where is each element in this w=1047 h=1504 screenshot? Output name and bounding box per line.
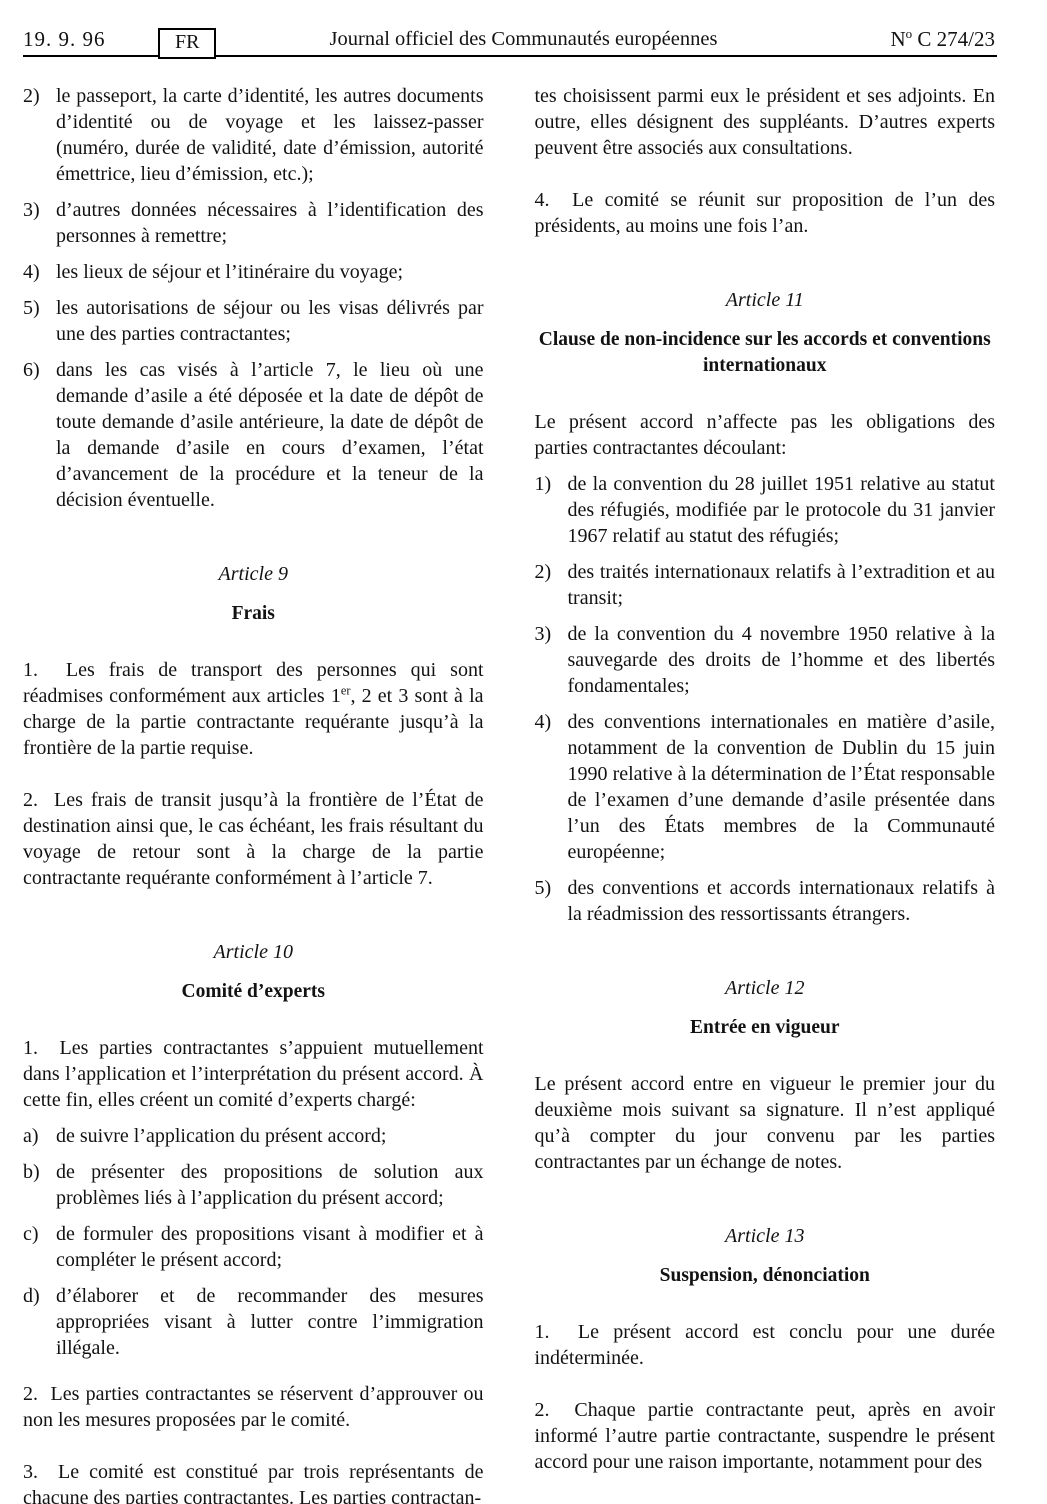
article-heading: Article 9: [23, 561, 484, 587]
list-item: 6) dans les cas visés à l’article 7, le …: [23, 357, 484, 513]
language-badge: FR: [158, 28, 216, 59]
list-text: les lieux de séjour et l’itinéraire du v…: [56, 259, 484, 285]
list-item: d) d’élaborer et de recommander des mesu…: [23, 1283, 484, 1361]
list-item: 4) des conventions internationales en ma…: [535, 709, 996, 865]
list-text: de présenter des propositions de solutio…: [56, 1159, 484, 1211]
paragraph: 2. Les parties contractantes se réserven…: [23, 1381, 484, 1433]
list-marker: 4): [535, 709, 568, 865]
paragraph: 1. Les frais de transport des personnes …: [23, 657, 484, 761]
paragraph: tes choisissent parmi eux le président e…: [535, 83, 996, 161]
list-marker: 6): [23, 357, 56, 513]
page-number-prefix: N: [890, 27, 905, 51]
list-item: b) de présenter des propositions de solu…: [23, 1159, 484, 1211]
article-heading: Article 12: [535, 975, 996, 1001]
paragraph: 1. Le présent accord est conclu pour une…: [535, 1319, 996, 1371]
right-column: tes choisissent parmi eux le président e…: [535, 83, 996, 1504]
paragraph: 4. Le comité se réunit sur proposition d…: [535, 187, 996, 239]
journal-page: 19. 9. 96 FR Journal officiel des Commun…: [0, 0, 1047, 1504]
list-item: 5) des conventions et accords internatio…: [535, 875, 996, 927]
article-heading: Article 13: [535, 1223, 996, 1249]
list-marker: 4): [23, 259, 56, 285]
list-marker: 3): [23, 197, 56, 249]
list-item: 3) d’autres données nécessaires à l’iden…: [23, 197, 484, 249]
section-title: Entrée en vigueur: [535, 1015, 996, 1041]
section-title: Comité d’experts: [23, 979, 484, 1005]
page-content: 2) le passeport, la carte d’identité, le…: [23, 83, 995, 1504]
list-text: des conventions et accords internationau…: [568, 875, 996, 927]
list-text: les autorisations de séjour ou les visas…: [56, 295, 484, 347]
paragraph: 2. Les frais de transit jusqu’à la front…: [23, 787, 484, 891]
list-item: 1) de la convention du 28 juillet 1951 r…: [535, 471, 996, 549]
section-title: Frais: [23, 601, 484, 627]
list-text: de la convention du 4 novembre 1950 rela…: [568, 621, 996, 699]
paragraph: Le présent accord entre en vigueur le pr…: [535, 1071, 996, 1175]
section-title: Clause de non-incidence sur les accords …: [535, 327, 996, 379]
list-marker: d): [23, 1283, 56, 1361]
list-item: 2) des traités internationaux relatifs à…: [535, 559, 996, 611]
list-text: de la convention du 28 juillet 1951 rela…: [568, 471, 996, 549]
list-text: de suivre l’application du présent accor…: [56, 1123, 484, 1149]
paragraph: 3. Le comité est constitué par trois rep…: [23, 1459, 484, 1504]
list-text: le passeport, la carte d’identité, les a…: [56, 83, 484, 187]
list-text: d’autres données nécessaires à l’identif…: [56, 197, 484, 249]
list-marker: 1): [535, 471, 568, 549]
list-text: de formuler des propositions visant à mo…: [56, 1221, 484, 1273]
paragraph: 2. Chaque partie contractante peut, aprè…: [535, 1397, 996, 1475]
page-number: No C 274/23: [890, 27, 995, 52]
list-text: des conventions internationales en matiè…: [568, 709, 996, 865]
list-item: c) de formuler des propositions visant à…: [23, 1221, 484, 1273]
list-item: a) de suivre l’application du présent ac…: [23, 1123, 484, 1149]
list-text: dans les cas visés à l’article 7, le lie…: [56, 357, 484, 513]
list-marker: 2): [535, 559, 568, 611]
list-marker: 2): [23, 83, 56, 187]
list-marker: b): [23, 1159, 56, 1211]
list-marker: 3): [535, 621, 568, 699]
list-item: 4) les lieux de séjour et l’itinéraire d…: [23, 259, 484, 285]
article-heading: Article 11: [535, 287, 996, 313]
paragraph: Le présent accord n’affecte pas les obli…: [535, 409, 996, 461]
list-item: 2) le passeport, la carte d’identité, le…: [23, 83, 484, 187]
list-text: d’élaborer et de recommander des mesures…: [56, 1283, 484, 1361]
list-item: 5) les autorisations de séjour ou les vi…: [23, 295, 484, 347]
list-text: des traités internationaux relatifs à l’…: [568, 559, 996, 611]
article-heading: Article 10: [23, 939, 484, 965]
paragraph: 1. Les parties contractantes s’appuient …: [23, 1035, 484, 1113]
list-marker: 5): [535, 875, 568, 927]
list-marker: a): [23, 1123, 56, 1149]
list-item: 3) de la convention du 4 novembre 1950 r…: [535, 621, 996, 699]
section-title: Suspension, dénonciation: [535, 1263, 996, 1289]
list-marker: 5): [23, 295, 56, 347]
left-column: 2) le passeport, la carte d’identité, le…: [23, 83, 484, 1504]
list-marker: c): [23, 1221, 56, 1273]
page-number-rest: C 274/23: [912, 27, 995, 51]
